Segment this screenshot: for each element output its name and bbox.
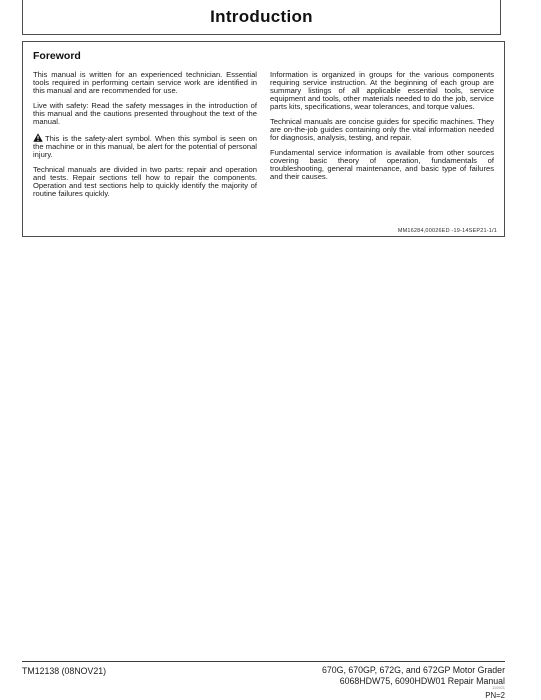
paragraph: Information is organized in groups for t… <box>270 71 494 111</box>
manual-page: { "page": { "title": "Introduction", "se… <box>0 0 541 700</box>
paragraph: This manual is written for an experience… <box>33 71 257 95</box>
paragraph: Fundamental service information is avail… <box>270 149 494 181</box>
paragraph: Technical manuals are concise guides for… <box>270 118 494 142</box>
paragraph: Live with safety: Read the safety messag… <box>33 102 257 126</box>
document-code: MM16284,00026ED -19-14SEP21-1/1 <box>398 228 497 234</box>
footer-print-code: 110921 <box>322 686 505 690</box>
two-column-text: This manual is written for an experience… <box>33 71 494 205</box>
section-heading: Foreword <box>33 50 494 62</box>
footer-page-number: PN=2 <box>322 691 505 700</box>
foreword-section: Foreword This manual is written for an e… <box>22 41 505 237</box>
page-title: Introduction <box>210 7 313 27</box>
footer-manual-title: 670G, 670GP, 672G, and 672GP Motor Grade… <box>322 665 505 700</box>
paragraph: Technical manuals are divided in two par… <box>33 166 257 198</box>
right-column: Information is organized in groups for t… <box>270 71 494 205</box>
paragraph-text: This is the safety-alert symbol. When th… <box>33 134 257 159</box>
page-title-box: Introduction <box>22 0 501 35</box>
footer-model-line: 670G, 670GP, 672G, and 672GP Motor Grade… <box>322 665 505 676</box>
footer-manual-number: TM12138 (08NOV21) <box>22 666 106 676</box>
left-column: This manual is written for an experience… <box>33 71 257 205</box>
paragraph-safety: This is the safety-alert symbol. When th… <box>33 133 257 159</box>
footer-engine-line: 6068HDW75, 6090HDW01 Repair Manual <box>322 676 505 687</box>
footer-divider <box>22 661 505 662</box>
